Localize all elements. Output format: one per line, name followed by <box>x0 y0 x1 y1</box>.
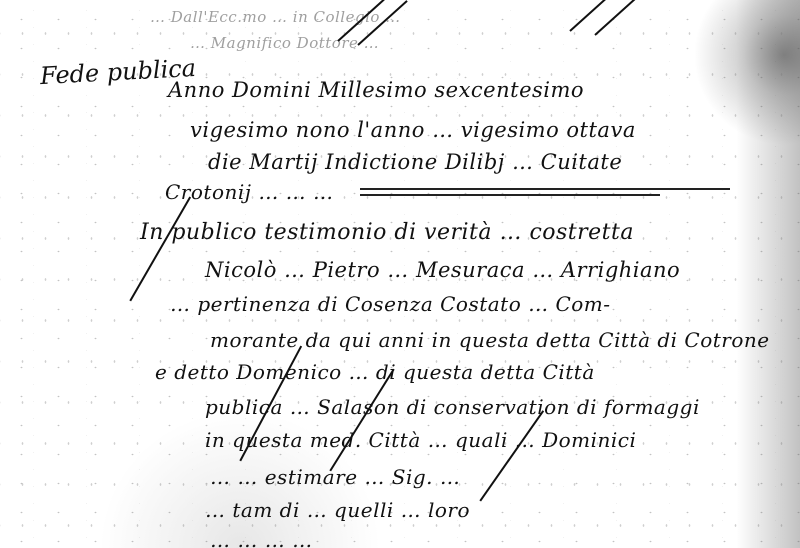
manuscript-line-6: Nicolò … Pietro … Mesuraca … Arrighiano <box>205 258 680 282</box>
manuscript-line-1: Anno Domini Millesimo sexcentesimo <box>168 78 584 102</box>
ruled-line <box>360 194 660 196</box>
manuscript-line-11: in questa med. Città … quali … Dominici <box>205 428 636 452</box>
manuscript-line-4: Crotonij … … … <box>165 180 334 204</box>
manuscript-line-3: die Martij Indictione Dilibj … Cuitate <box>208 150 622 174</box>
manuscript-line-10: publica … Salason di conservation di for… <box>205 395 700 419</box>
ruled-line <box>360 188 730 190</box>
manuscript-line-5: In publico testimonio di verità … costre… <box>140 220 634 245</box>
manuscript-line-7: … pertinenza di Cosenza Costato … Com- <box>170 292 611 316</box>
manuscript-line-8: morante da qui anni in questa detta Citt… <box>210 328 770 352</box>
manuscript-page: … Dall'Ecc.mo … in Collegio … … Magnific… <box>0 0 800 548</box>
manuscript-line-13: … tam di … quelli … loro <box>205 498 470 522</box>
manuscript-line-14: … … … … <box>210 528 313 548</box>
manuscript-line-2: vigesimo nono l'anno … vigesimo ottava <box>190 118 636 142</box>
manuscript-line-9: e detto Domenico … di questa detta Città <box>155 360 595 384</box>
manuscript-line-12: … … estimare … Sig. … <box>210 465 460 489</box>
header-faint-line-2: … Magnifico Dottore … <box>190 34 379 52</box>
